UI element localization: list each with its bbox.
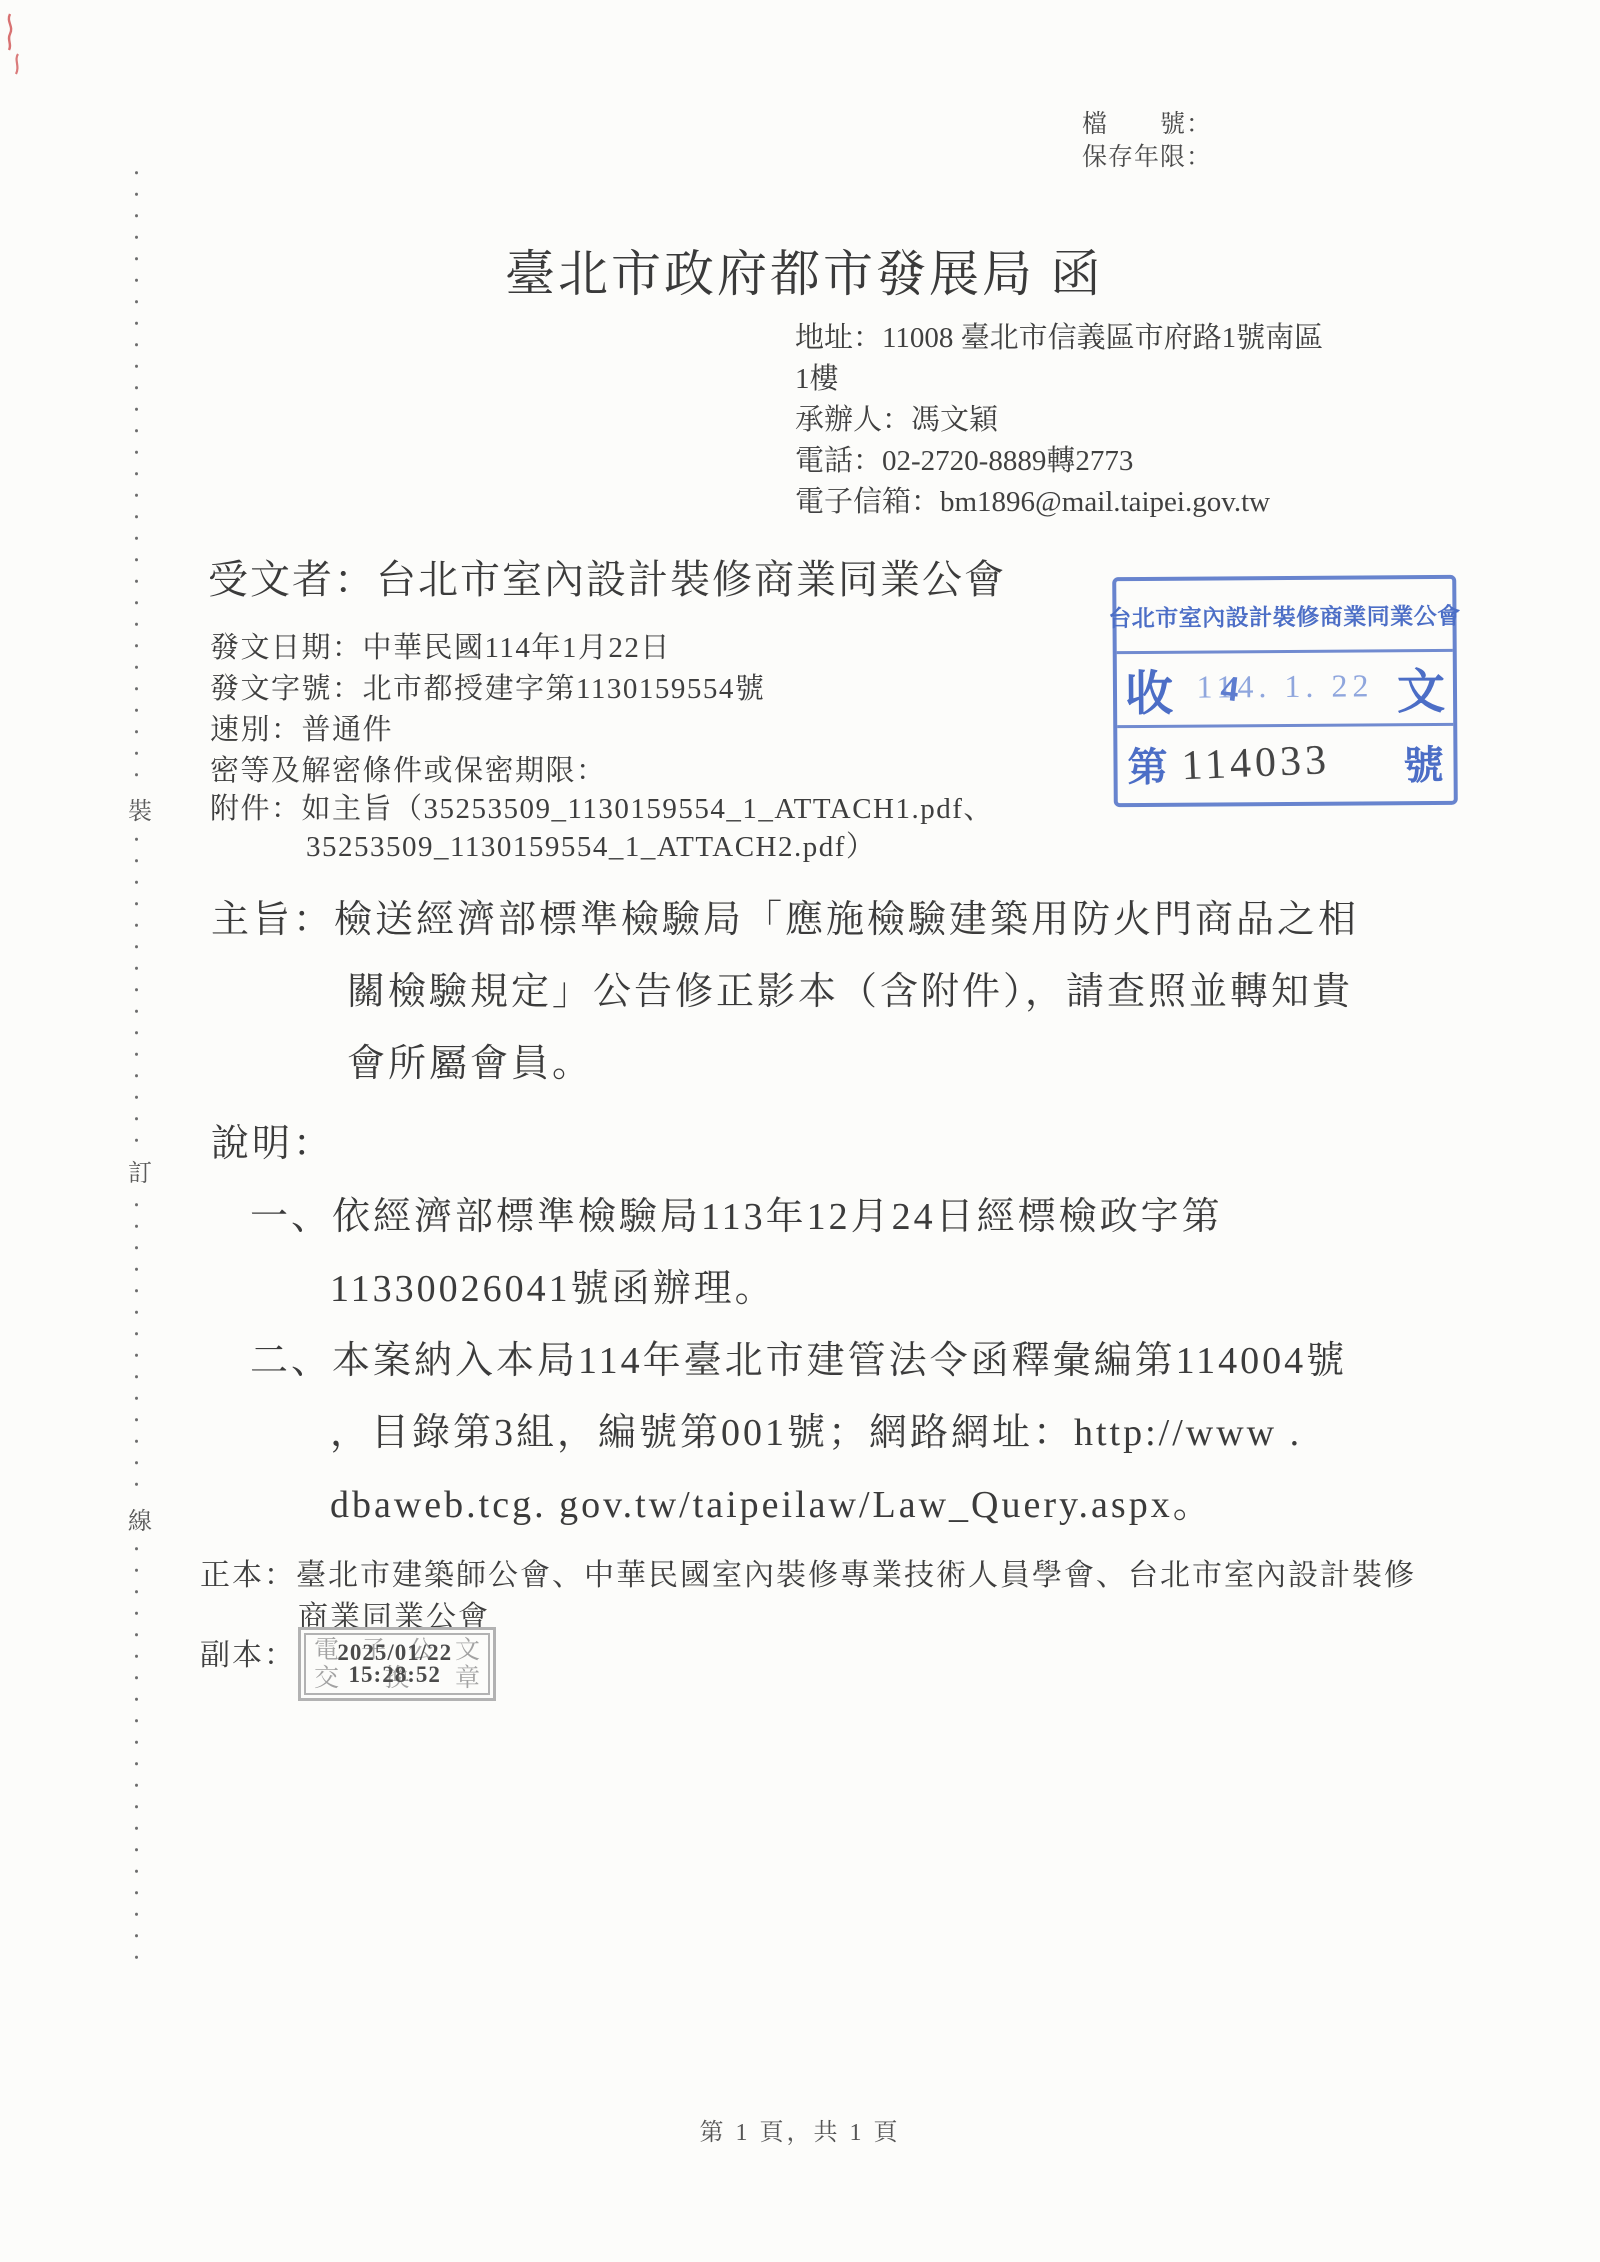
- receipt-stamp-number-row: 第 114033 號: [1117, 726, 1453, 800]
- explanation-heading: 說明：: [211, 1112, 334, 1167]
- explanation-item1-line2: 11330026041號函辦理。: [330, 1257, 776, 1312]
- sender-phone: 電話：02-2720-8889轉2773: [795, 441, 1323, 482]
- sender-info: 地址：11008 臺北市信義區市府路1號南區 1樓 承辦人：馮文穎 電話：02-…: [795, 318, 1323, 523]
- binding-mark-xian: 線: [125, 1496, 155, 1541]
- receipt-stamp-date-row: 收 114. 1. 22 4 文: [1117, 652, 1454, 728]
- exchange-stamp-datetime: 2025/01/22 15:28:52: [337, 1642, 452, 1686]
- document-page: 裝 訂 線 檔 號： 保存年限： 臺北市政府都市發展局 函 地址：11008 臺…: [0, 0, 1600, 2262]
- retention-label: 保存年限：: [1082, 141, 1212, 174]
- subject-line2: 關檢驗規定」公告修正影本（含附件），請查照並轉知貴: [347, 960, 1353, 1015]
- exchange-stamp-char: 交: [314, 1665, 339, 1693]
- receipt-stamp-doc-char: 文: [1397, 653, 1445, 722]
- file-labels: 檔 號： 保存年限：: [1082, 108, 1212, 174]
- receipt-stamp-no-suffix: 號: [1403, 733, 1443, 790]
- explanation-item1-line1: 一、依經濟部標準檢驗局113年12月24日經標檢政字第: [250, 1185, 1223, 1240]
- meta-doc-number: 發文字號：北市都授建字第1130159554號: [210, 666, 765, 707]
- receipt-stamp-number: 114033: [1181, 736, 1331, 790]
- meta-attachment-line1: 附件：如主旨（35253509_1130159554_1_ATTACH1.pdf…: [210, 786, 994, 827]
- exchange-stamp-char: 文: [455, 1637, 480, 1665]
- sender-contact: 承辦人：馮文穎: [795, 400, 1323, 441]
- exchange-stamp: 電 子 公 文 交 換 章 2025/01/22 15:28:52: [298, 1627, 496, 1701]
- meta-attachment-line2: 35253509_1130159554_1_ATTACH2.pdf）: [306, 824, 876, 865]
- receipt-stamp-receive-char: 收: [1125, 655, 1173, 724]
- sender-address-line2: 1樓: [795, 359, 1323, 400]
- recipient-line: 受文者：台北市室內設計裝修商業同業公會: [208, 548, 1006, 605]
- binding-dotted-line: [135, 162, 138, 1967]
- subject-line1: 主旨：檢送經濟部標準檢驗局「應施檢驗建築用防火門商品之相: [211, 888, 1359, 943]
- receipt-stamp-org: 台北市室內設計裝修商業同業公會: [1116, 579, 1453, 654]
- meta-issue-date: 發文日期：中華民國114年1月22日: [210, 625, 671, 666]
- subject-line3: 會所屬會員。: [347, 1032, 593, 1087]
- explanation-item2-line1: 二、本案納入本局114年臺北市建管法令函釋彙編第114004號: [250, 1329, 1347, 1384]
- explanation-item2-line2: ，目錄第3組，編號第001號；網路網址：http://www .: [330, 1401, 1302, 1456]
- original-copy-line1: 正本：臺北市建築師公會、中華民國室內裝修專業技術人員學會、台北市室內設計裝修: [200, 1550, 1416, 1594]
- sender-address-line1: 地址：11008 臺北市信義區市府路1號南區: [795, 318, 1323, 359]
- binding-mark-zhuang: 裝: [125, 786, 155, 831]
- page-number: 第 1 頁，共 1 頁: [0, 2112, 1600, 2147]
- binding-mark-ding: 訂: [125, 1148, 155, 1193]
- explanation-item2-line3: dbaweb.tcg. gov.tw/taipeilaw/Law_Query.a…: [330, 1473, 1214, 1528]
- meta-security: 密等及解密條件或保密期限：: [210, 748, 607, 789]
- cc-label: 副本：: [200, 1630, 296, 1674]
- corner-scan-artifact: [2, 10, 28, 80]
- exchange-stamp-time: 15:28:52: [337, 1664, 452, 1686]
- exchange-stamp-date: 2025/01/22: [337, 1642, 452, 1664]
- meta-speed: 速別：普通件: [210, 707, 393, 748]
- page-title: 臺北市政府都市發展局 函: [505, 234, 1104, 306]
- receipt-stamp: 台北市室內設計裝修商業同業公會 收 114. 1. 22 4 文 第 11403…: [1112, 575, 1458, 807]
- file-no-label: 檔 號：: [1082, 108, 1212, 141]
- sender-email: 電子信箱：bm1896@mail.taipei.gov.tw: [795, 482, 1323, 523]
- exchange-stamp-char: 章: [455, 1665, 480, 1693]
- exchange-stamp-char: 電: [314, 1637, 339, 1665]
- receipt-stamp-no-prefix: 第: [1127, 735, 1167, 792]
